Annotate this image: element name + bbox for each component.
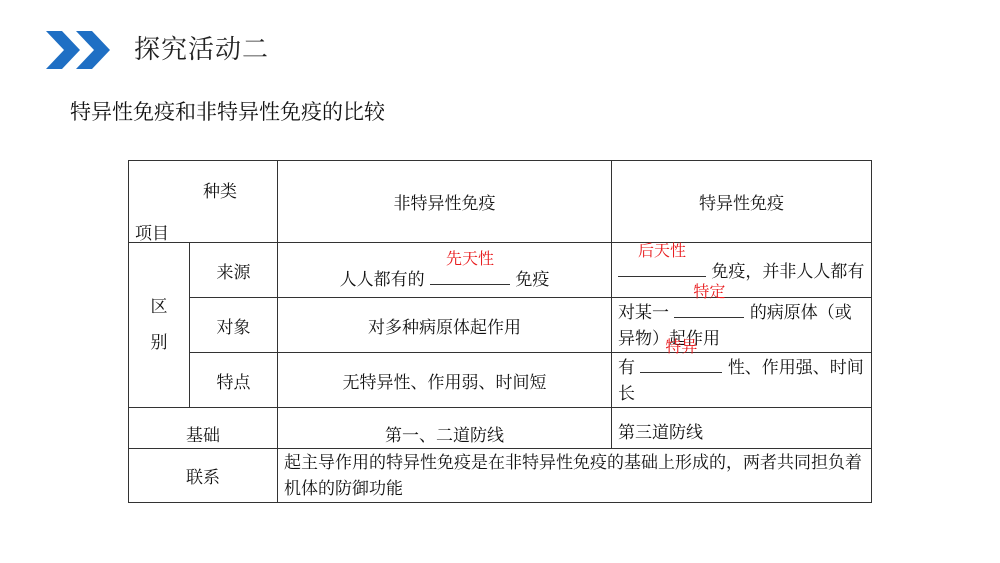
group-label-difference: 区 别 — [129, 243, 190, 408]
cell-specific-target: 对某一 特定 的病原体（或异物）起作用 — [612, 298, 872, 353]
corner-header-category: 种类 — [203, 177, 237, 202]
row-label-basis: 基础 — [129, 408, 278, 449]
row-label-source: 来源 — [190, 243, 278, 298]
page-title: 探究活动二 — [134, 30, 269, 70]
cell-relation: 起主导作用的特异性免疫是在非特异性免疫的基础上形成的，两者共同担负着机体的防御功… — [278, 449, 872, 503]
cell-nonspecific-basis: 第一、二道防线 — [278, 408, 612, 449]
answer-text: 特异 — [665, 334, 697, 360]
answer-text: 特定 — [693, 279, 725, 305]
cell-nonspecific-source: 人人都有的 先天性 免疫 — [278, 243, 612, 298]
row-label-target: 对象 — [190, 298, 278, 353]
answer-text: 后天性 — [638, 238, 686, 264]
cell-specific-source: 后天性 免疫，并非人人都有 — [612, 243, 872, 298]
row-label-relation: 联系 — [129, 449, 278, 503]
fill-blank: 先天性 — [430, 266, 510, 285]
fill-blank: 后天性 — [618, 258, 706, 277]
corner-header-cell: 种类 项目 — [129, 161, 278, 243]
corner-header-item: 项目 — [135, 219, 169, 244]
column-header-nonspecific: 非特异性免疫 — [278, 161, 612, 243]
fill-blank: 特定 — [674, 299, 744, 318]
column-header-specific: 特异性免疫 — [612, 161, 872, 243]
comparison-table: 种类 项目 非特异性免疫 特异性免疫 区 别 来源 人人都有的 先天性 免疫 后… — [128, 160, 872, 503]
cell-nonspecific-target: 对多种病原体起作用 — [278, 298, 612, 353]
section-subtitle: 特异性免疫和非特异性免疫的比较 — [48, 97, 438, 128]
cell-nonspecific-feature: 无特异性、作用弱、时间短 — [278, 353, 612, 408]
row-label-feature: 特点 — [190, 353, 278, 408]
fill-blank: 特异 — [640, 354, 722, 373]
double-chevron-right-icon — [46, 31, 114, 69]
answer-text: 先天性 — [446, 246, 494, 269]
cell-specific-feature: 有 特异 性、作用强、时间长 — [612, 353, 872, 408]
cell-specific-basis: 第三道防线 — [612, 408, 872, 449]
